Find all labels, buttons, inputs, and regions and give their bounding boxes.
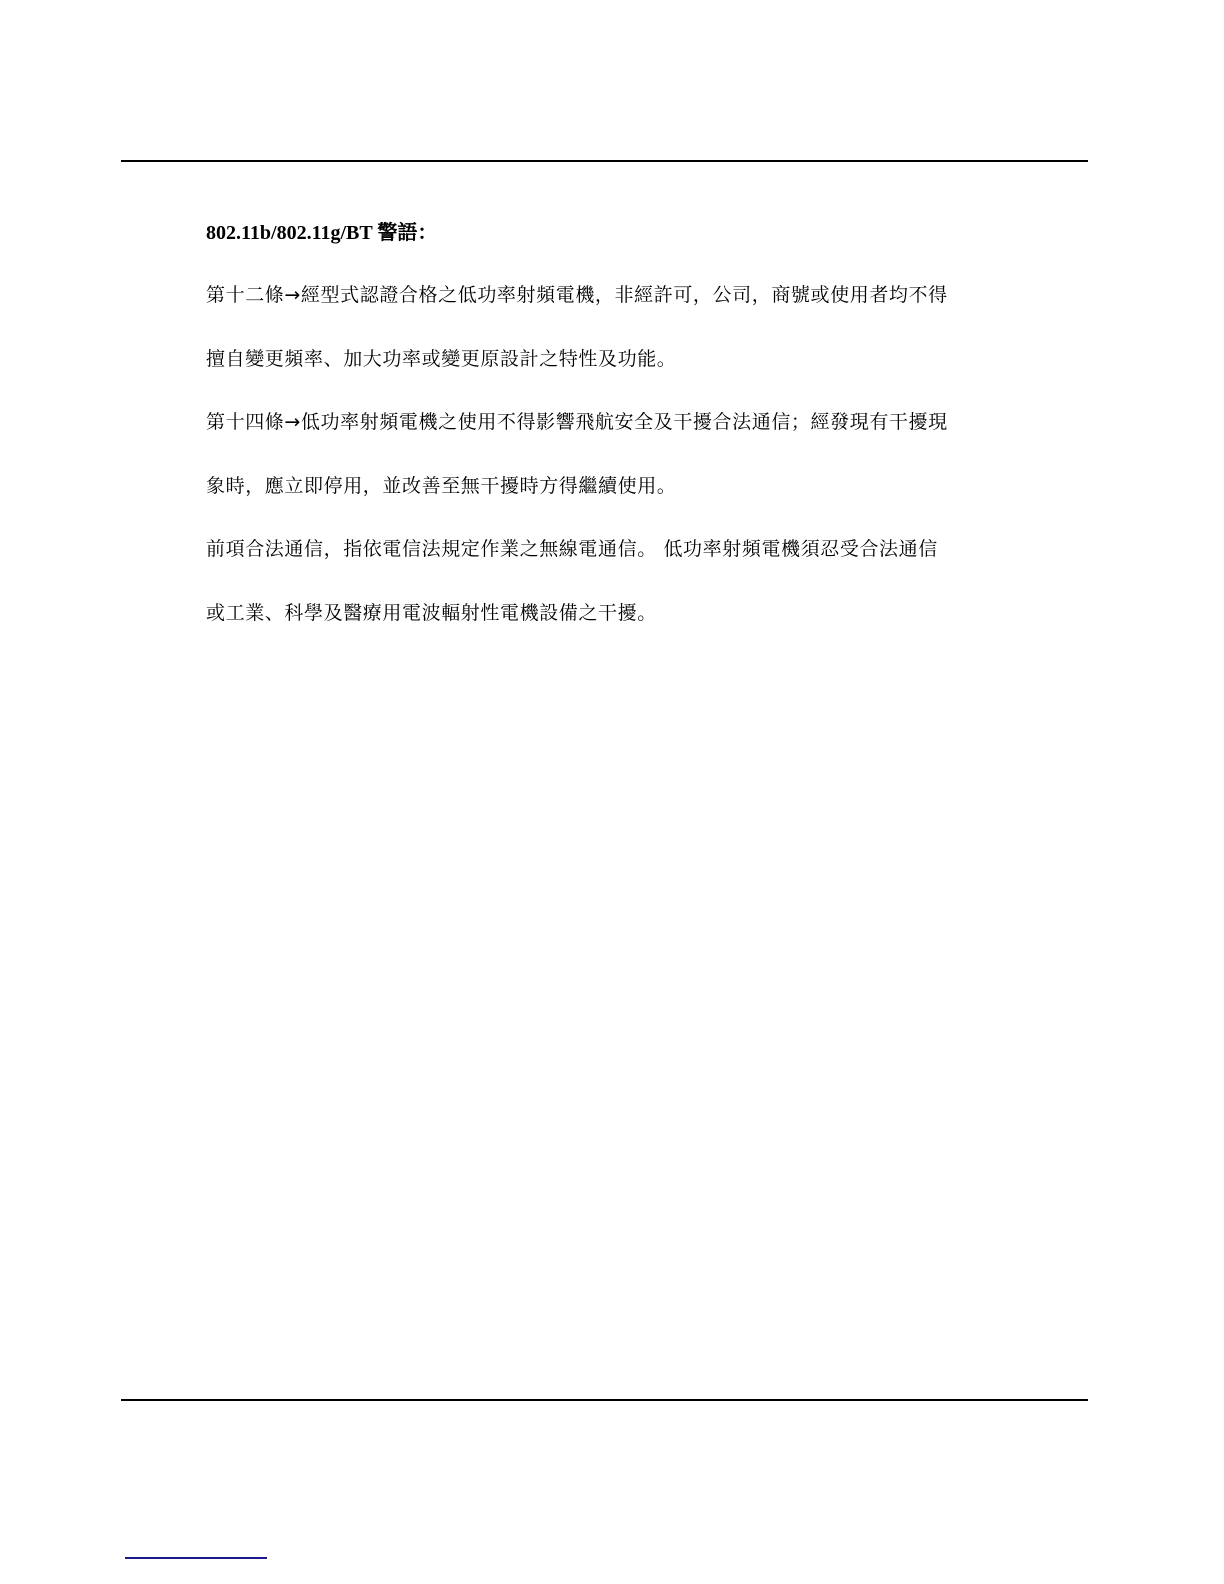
paragraph-line: 第十四條→低功率射頻電機之使用不得影響飛航安全及干擾合法通信；經發現有干擾現	[206, 409, 948, 435]
paragraph-line: 第十二條→經型式認證合格之低功率射頻電機，非經許可，公司，商號或使用者均不得	[206, 282, 948, 308]
footer-rule	[121, 1399, 1088, 1401]
paragraph-line: 象時，應立即停用，並改善至無干擾時方得繼續使用。	[206, 473, 676, 499]
header-rule	[121, 160, 1088, 162]
paragraph-line: 前項合法通信，指依電信法規定作業之無線電通信。 低功率射頻電機須忍受合法通信	[206, 536, 938, 562]
section-heading: 802.11b/802.11g/BT 警語：	[206, 220, 437, 246]
paragraph-line: 擅自變更頻率、加大功率或變更原設計之特性及功能。	[206, 346, 676, 372]
paragraph-line: 或工業、科學及醫療用電波輻射性電機設備之干擾。	[206, 600, 657, 626]
footer-link-underline[interactable]	[125, 1557, 267, 1559]
